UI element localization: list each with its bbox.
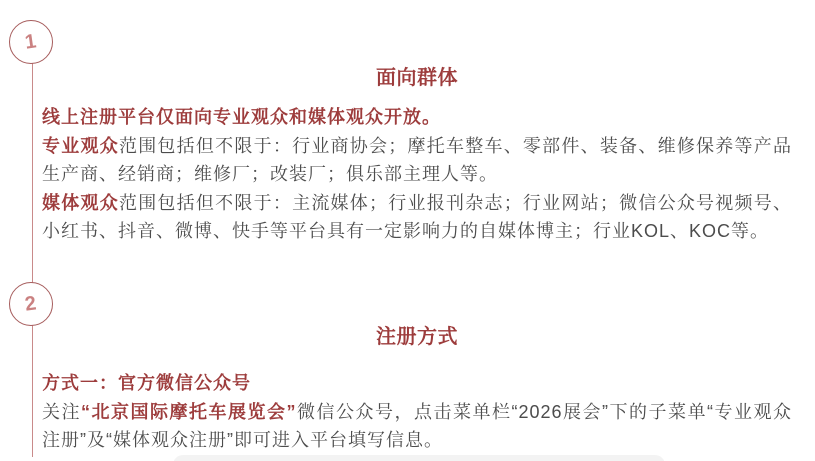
step-circle-2: 2: [9, 282, 53, 326]
step-number-2: 2: [24, 293, 38, 314]
media-audience-paragraph: 媒体观众范围包括但不限于：主流媒体；行业报刊杂志；行业网站；微信公众号视频号、小…: [42, 189, 792, 246]
official-account-name: “北京国际摩托车展览会”: [81, 402, 297, 422]
intro-line: 线上注册平台仅面向专业观众和媒体观众开放。: [42, 103, 792, 132]
intro-text: 线上注册平台仅面向专业观众和媒体观众开放。: [42, 107, 441, 127]
professional-audience-text: 范围包括但不限于：行业商协会；摩托车整车、零部件、装备、维修保养等产品生产商、经…: [42, 136, 792, 185]
professional-audience-paragraph: 专业观众范围包括但不限于：行业商协会；摩托车整车、零部件、装备、维修保养等产品生…: [42, 132, 792, 189]
method-one-prefix: 关注: [42, 402, 81, 422]
method-one-paragraph: 关注“北京国际摩托车展览会”微信公众号，点击菜单栏“2026展会”下的子菜单“专…: [42, 398, 792, 455]
timeline-line: [32, 42, 33, 457]
media-audience-text: 范围包括但不限于：主流媒体；行业报刊杂志；行业网站；微信公众号视频号、小红书、抖…: [42, 193, 792, 242]
professional-audience-label: 专业观众: [42, 136, 119, 156]
section-title-registration-method: 注册方式: [42, 323, 792, 351]
bottom-card-edge: [173, 455, 665, 461]
article-page: 1 2 面向群体 线上注册平台仅面向专业观众和媒体观众开放。 专业观众范围包括但…: [0, 0, 815, 461]
step-circle-1: 1: [9, 20, 53, 64]
target-groups-body: 线上注册平台仅面向专业观众和媒体观众开放。 专业观众范围包括但不限于：行业商协会…: [42, 103, 792, 246]
method-one-title: 方式一：官方微信公众号: [42, 369, 792, 398]
media-audience-label: 媒体观众: [42, 193, 119, 213]
registration-method-body: 方式一：官方微信公众号 关注“北京国际摩托车展览会”微信公众号，点击菜单栏“20…: [42, 369, 792, 455]
section-title-target-groups: 面向群体: [42, 64, 792, 92]
step-number-1: 1: [24, 31, 38, 52]
